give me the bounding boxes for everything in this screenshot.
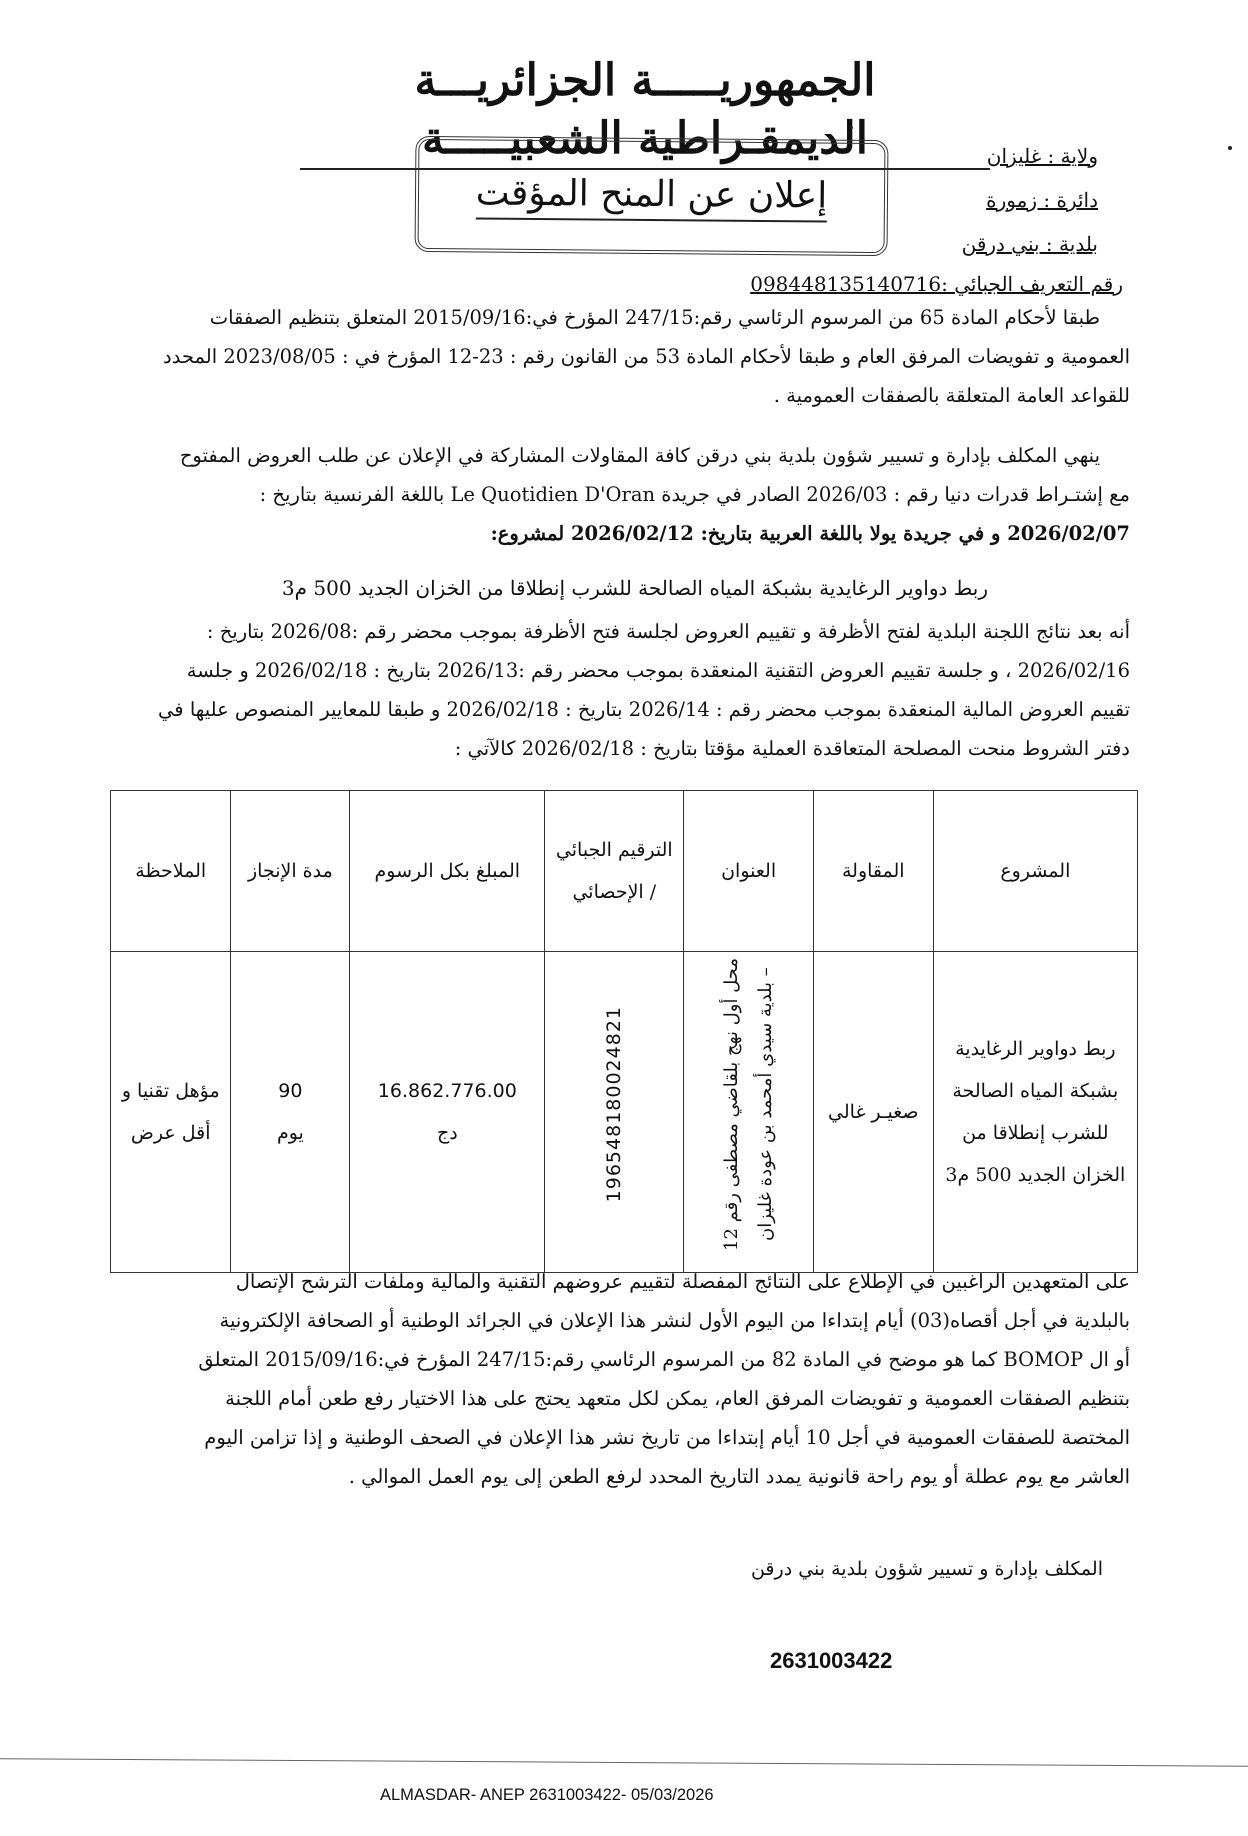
cell-project: ربط دواوير الرغايدية بشبكة المياه الصالح… (933, 952, 1137, 1273)
paragraph-line: بتنظيم الصفقات العمومية و تفويضات المرفق… (120, 1379, 1130, 1418)
appeal-paragraph: على المتعهدين الراغبين في الإطلاع على ال… (120, 1262, 1130, 1496)
table-header-row: المشروع المقاولة العنوان الترقيم الجبائي… (111, 791, 1138, 952)
daira-label: دائرة : زمورة (986, 188, 1098, 212)
paragraph-line: المختصة للصفقات العمومية في أجل 10 أيام … (120, 1418, 1130, 1457)
paragraph-line: ينهي المكلف بإدارة و تسيير شؤون بلدية بن… (120, 436, 1130, 475)
paragraph-line: تقييم العروض المالية المنعقدة بموجب محضر… (120, 690, 1130, 729)
scan-speck (1228, 146, 1232, 150)
reference-number: 2631003422 (770, 1648, 892, 1674)
paragraph-line: على المتعهدين الراغبين في الإطلاع على ال… (120, 1262, 1130, 1301)
announcement-title-box: إعلان عن المنح المؤقت (415, 136, 889, 256)
paragraph-line: للقواعد العامة المتعلقة بالصفقات العمومي… (120, 376, 1130, 415)
legal-basis-paragraph: طبقا لأحكام المادة 65 من المرسوم الرئاسي… (120, 298, 1130, 415)
table-row: ربط دواوير الرغايدية بشبكة المياه الصالح… (111, 952, 1138, 1273)
header-duration: مدة الإنجاز (231, 791, 350, 952)
paragraph-line: العاشر مع يوم عطلة أو يوم راحة قانونية ي… (120, 1457, 1130, 1496)
paragraph-line: بالبلدية في أجل أقصاه(03) أيام إبتداءا م… (120, 1301, 1130, 1340)
paragraph-line: 2026/02/07 و في جريدة يولا باللغة العربي… (120, 514, 1130, 553)
commune-label: بلدية : بني درقن (962, 232, 1098, 256)
footer-divider (0, 1758, 1248, 1767)
document-page: الجمهوريـــــة الجزائريـــة الديمقـراطية… (0, 0, 1248, 1836)
amount-value: 16.862.776.00 (356, 1070, 538, 1112)
wilaya-label: ولاية : غليزان (987, 144, 1098, 168)
tax-number-text: 196548180024821 (593, 1006, 635, 1202)
paragraph-line: دفتر الشروط منحت المصلحة المتعاقدة العمل… (120, 729, 1130, 768)
paragraph-line: 2026/02/16 ، و جلسة تقييم العروض التقنية… (120, 651, 1130, 690)
signature-line: المكلف بإدارة و تسيير شؤون بلدية بني درق… (751, 1558, 1103, 1580)
cell-address: محل أول نهج بلقاضي مصطفى رقم 12 – بلدية … (684, 952, 814, 1273)
header-contractor: المقاولة (813, 791, 933, 952)
header-address: العنوان (684, 791, 814, 952)
address-text: محل أول نهج بلقاضي مصطفى رقم 12 – بلدية … (715, 952, 783, 1257)
paragraph-line: طبقا لأحكام المادة 65 من المرسوم الرئاسي… (120, 298, 1130, 337)
amount-currency: دج (356, 1112, 538, 1154)
cell-note: مؤهل تقنيا و أقل عرض (111, 952, 231, 1273)
footer-publication-ref: ALMASDAR- ANEP 2631003422- 05/03/2026 (380, 1786, 714, 1805)
cell-amount: 16.862.776.00 دج (350, 952, 545, 1273)
scan-speck (850, 126, 853, 129)
announcement-title: إعلان عن المنح المؤقت (476, 169, 828, 222)
tax-id: رقم التعريف الجبائي :098448135140716 (750, 272, 1123, 296)
duration-value: 90 (237, 1070, 343, 1112)
header-note: الملاحظة (111, 791, 231, 952)
paragraph-line: أو ال BOMOP كما هو موضح في المادة 82 من … (120, 1340, 1130, 1379)
tender-reference-paragraph: ينهي المكلف بإدارة و تسيير شؤون بلدية بن… (120, 436, 1130, 553)
header-amount: المبلغ بكل الرسوم (350, 791, 545, 952)
paragraph-line: العمومية و تفويضات المرفق العام و طبقا ل… (120, 337, 1130, 376)
duration-unit: يوم (237, 1112, 343, 1154)
cell-tax-number: 196548180024821 (545, 952, 684, 1273)
paragraph-line: مع إشتـراط قدرات دنيا رقم : 2026/03 الصا… (120, 475, 1130, 514)
award-table: المشروع المقاولة العنوان الترقيم الجبائي… (110, 790, 1138, 1273)
header-tax-number: الترقيم الجبائي / الإحصائي (545, 791, 684, 952)
paragraph-line: أنه بعد نتائج اللجنة البلدية لفتح الأظرف… (120, 612, 1130, 651)
project-name: ربط دواوير الرغايدية بشبكة المياه الصالح… (282, 576, 988, 600)
committee-results-paragraph: أنه بعد نتائج اللجنة البلدية لفتح الأظرف… (120, 612, 1130, 768)
cell-duration: 90 يوم (231, 952, 350, 1273)
header-project: المشروع (933, 791, 1137, 952)
cell-contractor: صغيـر غالي (813, 952, 933, 1273)
